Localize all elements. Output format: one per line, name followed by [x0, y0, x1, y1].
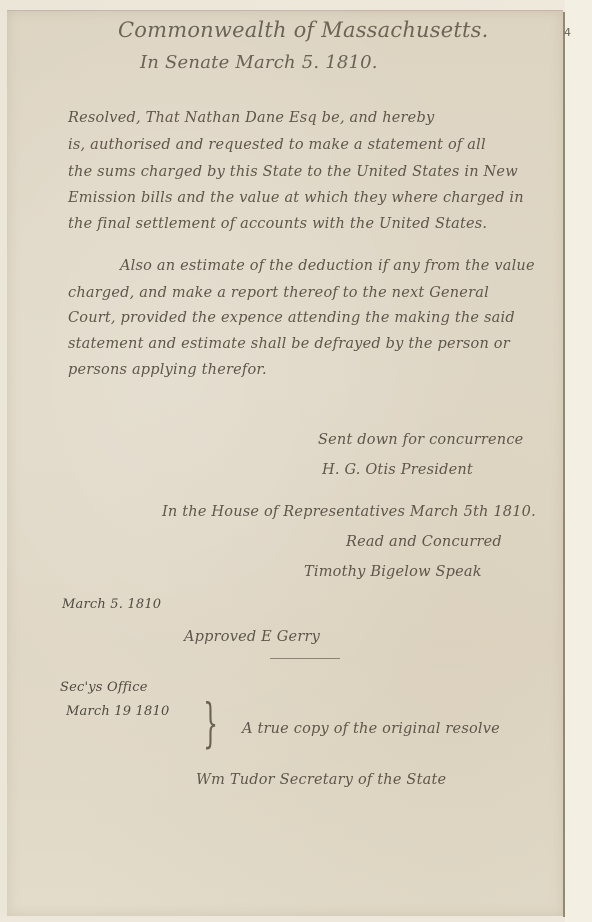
bottom-margin-strip	[0, 915, 565, 922]
right-margin-strip	[565, 0, 592, 922]
approval-date: March 5. 1810	[62, 597, 161, 612]
resolve-line-7: charged, and make a report thereof to th…	[68, 285, 489, 301]
document-subheading: In Senate March 5. 1810.	[140, 52, 378, 73]
resolve-line-6: Also an estimate of the deduction if any…	[120, 258, 535, 274]
resolve-line-8: Court, provided the expence attending th…	[68, 310, 515, 326]
resolve-line-1: Resolved, That Nathan Dane Esq be, and h…	[68, 110, 434, 126]
resolve-line-3: the sums charged by this State to the Un…	[68, 164, 518, 180]
page-number: 4	[564, 26, 571, 39]
brace-mark: }	[203, 698, 218, 750]
senate-president-signature: H. G. Otis President	[322, 462, 473, 478]
resolve-line-9: statement and estimate shall be defrayed…	[68, 336, 510, 352]
governor-approval-signature: Approved E Gerry	[184, 629, 320, 645]
resolve-line-4: Emission bills and the value at which th…	[68, 190, 524, 206]
secretary-office-date: March 19 1810	[66, 704, 169, 719]
resolve-line-2: is, authorised and requested to make a s…	[68, 137, 486, 153]
true-copy-statement: A true copy of the original resolve	[242, 721, 500, 737]
resolve-line-5: the final settlement of accounts with th…	[68, 216, 487, 232]
house-attestation-line: In the House of Representatives March 5t…	[162, 504, 536, 520]
page-edge	[563, 12, 565, 917]
secretary-office-label: Sec'ys Office	[60, 680, 148, 695]
approval-underline	[270, 658, 340, 659]
senate-concurrence-note: Sent down for concurrence	[318, 432, 523, 448]
house-concurrence-note: Read and Concurred	[346, 534, 502, 550]
house-speaker-signature: Timothy Bigelow Speak	[304, 564, 482, 580]
secretary-signature: Wm Tudor Secretary of the State	[196, 772, 446, 788]
resolve-line-10: persons applying therefor.	[68, 362, 267, 378]
document-heading: Commonwealth of Massachusetts.	[118, 18, 489, 42]
